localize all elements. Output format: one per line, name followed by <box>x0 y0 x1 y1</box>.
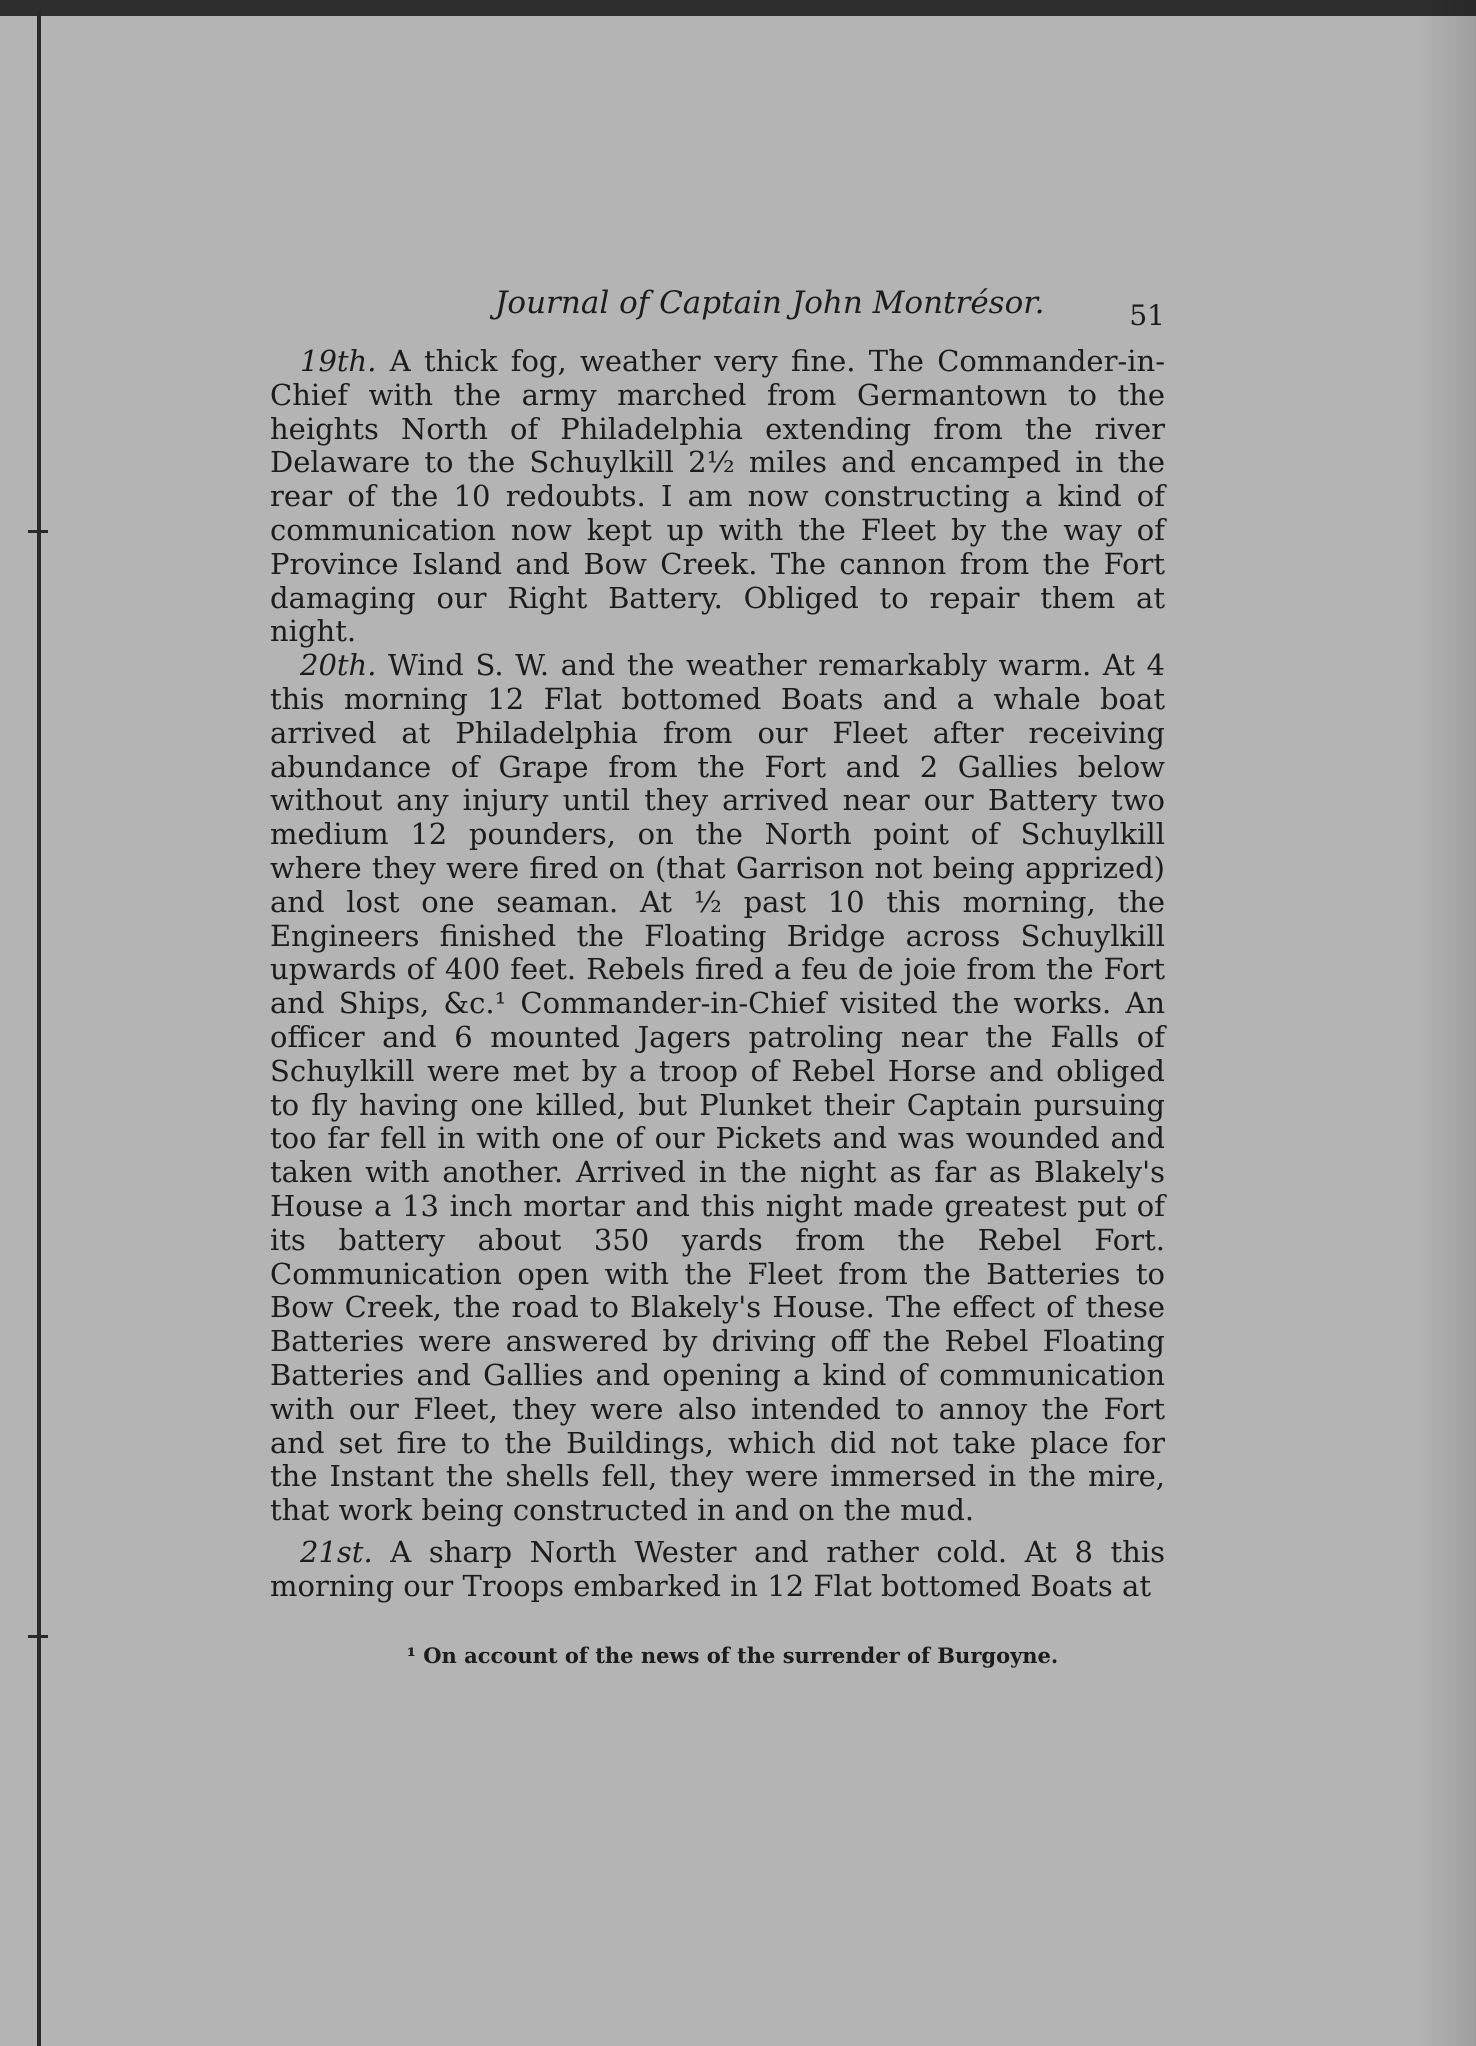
entry-date: 21st. <box>300 1535 373 1569</box>
journal-entry: 20th. Wind S. W. and the weather remarka… <box>270 649 1165 1528</box>
entry-text: A thick fog, weather very fine. The Comm… <box>270 344 1165 648</box>
entry-date: 20th. <box>300 648 376 682</box>
spine-mark <box>28 530 48 533</box>
page-body: 19th. A thick fog, weather very fine. Th… <box>270 345 1165 1603</box>
spine-mark <box>28 1635 48 1638</box>
running-head: Journal of Captain John Montrésor. <box>495 285 1045 321</box>
book-spine-line <box>37 10 41 2046</box>
journal-entry: 19th. A thick fog, weather very fine. Th… <box>270 345 1165 649</box>
entry-text: Wind S. W. and the weather remarkably wa… <box>270 648 1165 1527</box>
scan-top-edge <box>0 0 1476 16</box>
page-header: Journal of Captain John Montrésor. 51 <box>270 285 1165 345</box>
page-number: 51 <box>1129 299 1165 332</box>
journal-entry: 21st. A sharp North Wester and rather co… <box>270 1536 1165 1604</box>
entry-text: A sharp North Wester and rather cold. At… <box>270 1535 1165 1603</box>
scan-shadow <box>1416 0 1476 2046</box>
footnote: ¹ On account of the news of the surrende… <box>270 1643 1165 1668</box>
book-page: Journal of Captain John Montrésor. 51 19… <box>270 285 1165 1668</box>
entry-date: 19th. <box>300 344 376 378</box>
